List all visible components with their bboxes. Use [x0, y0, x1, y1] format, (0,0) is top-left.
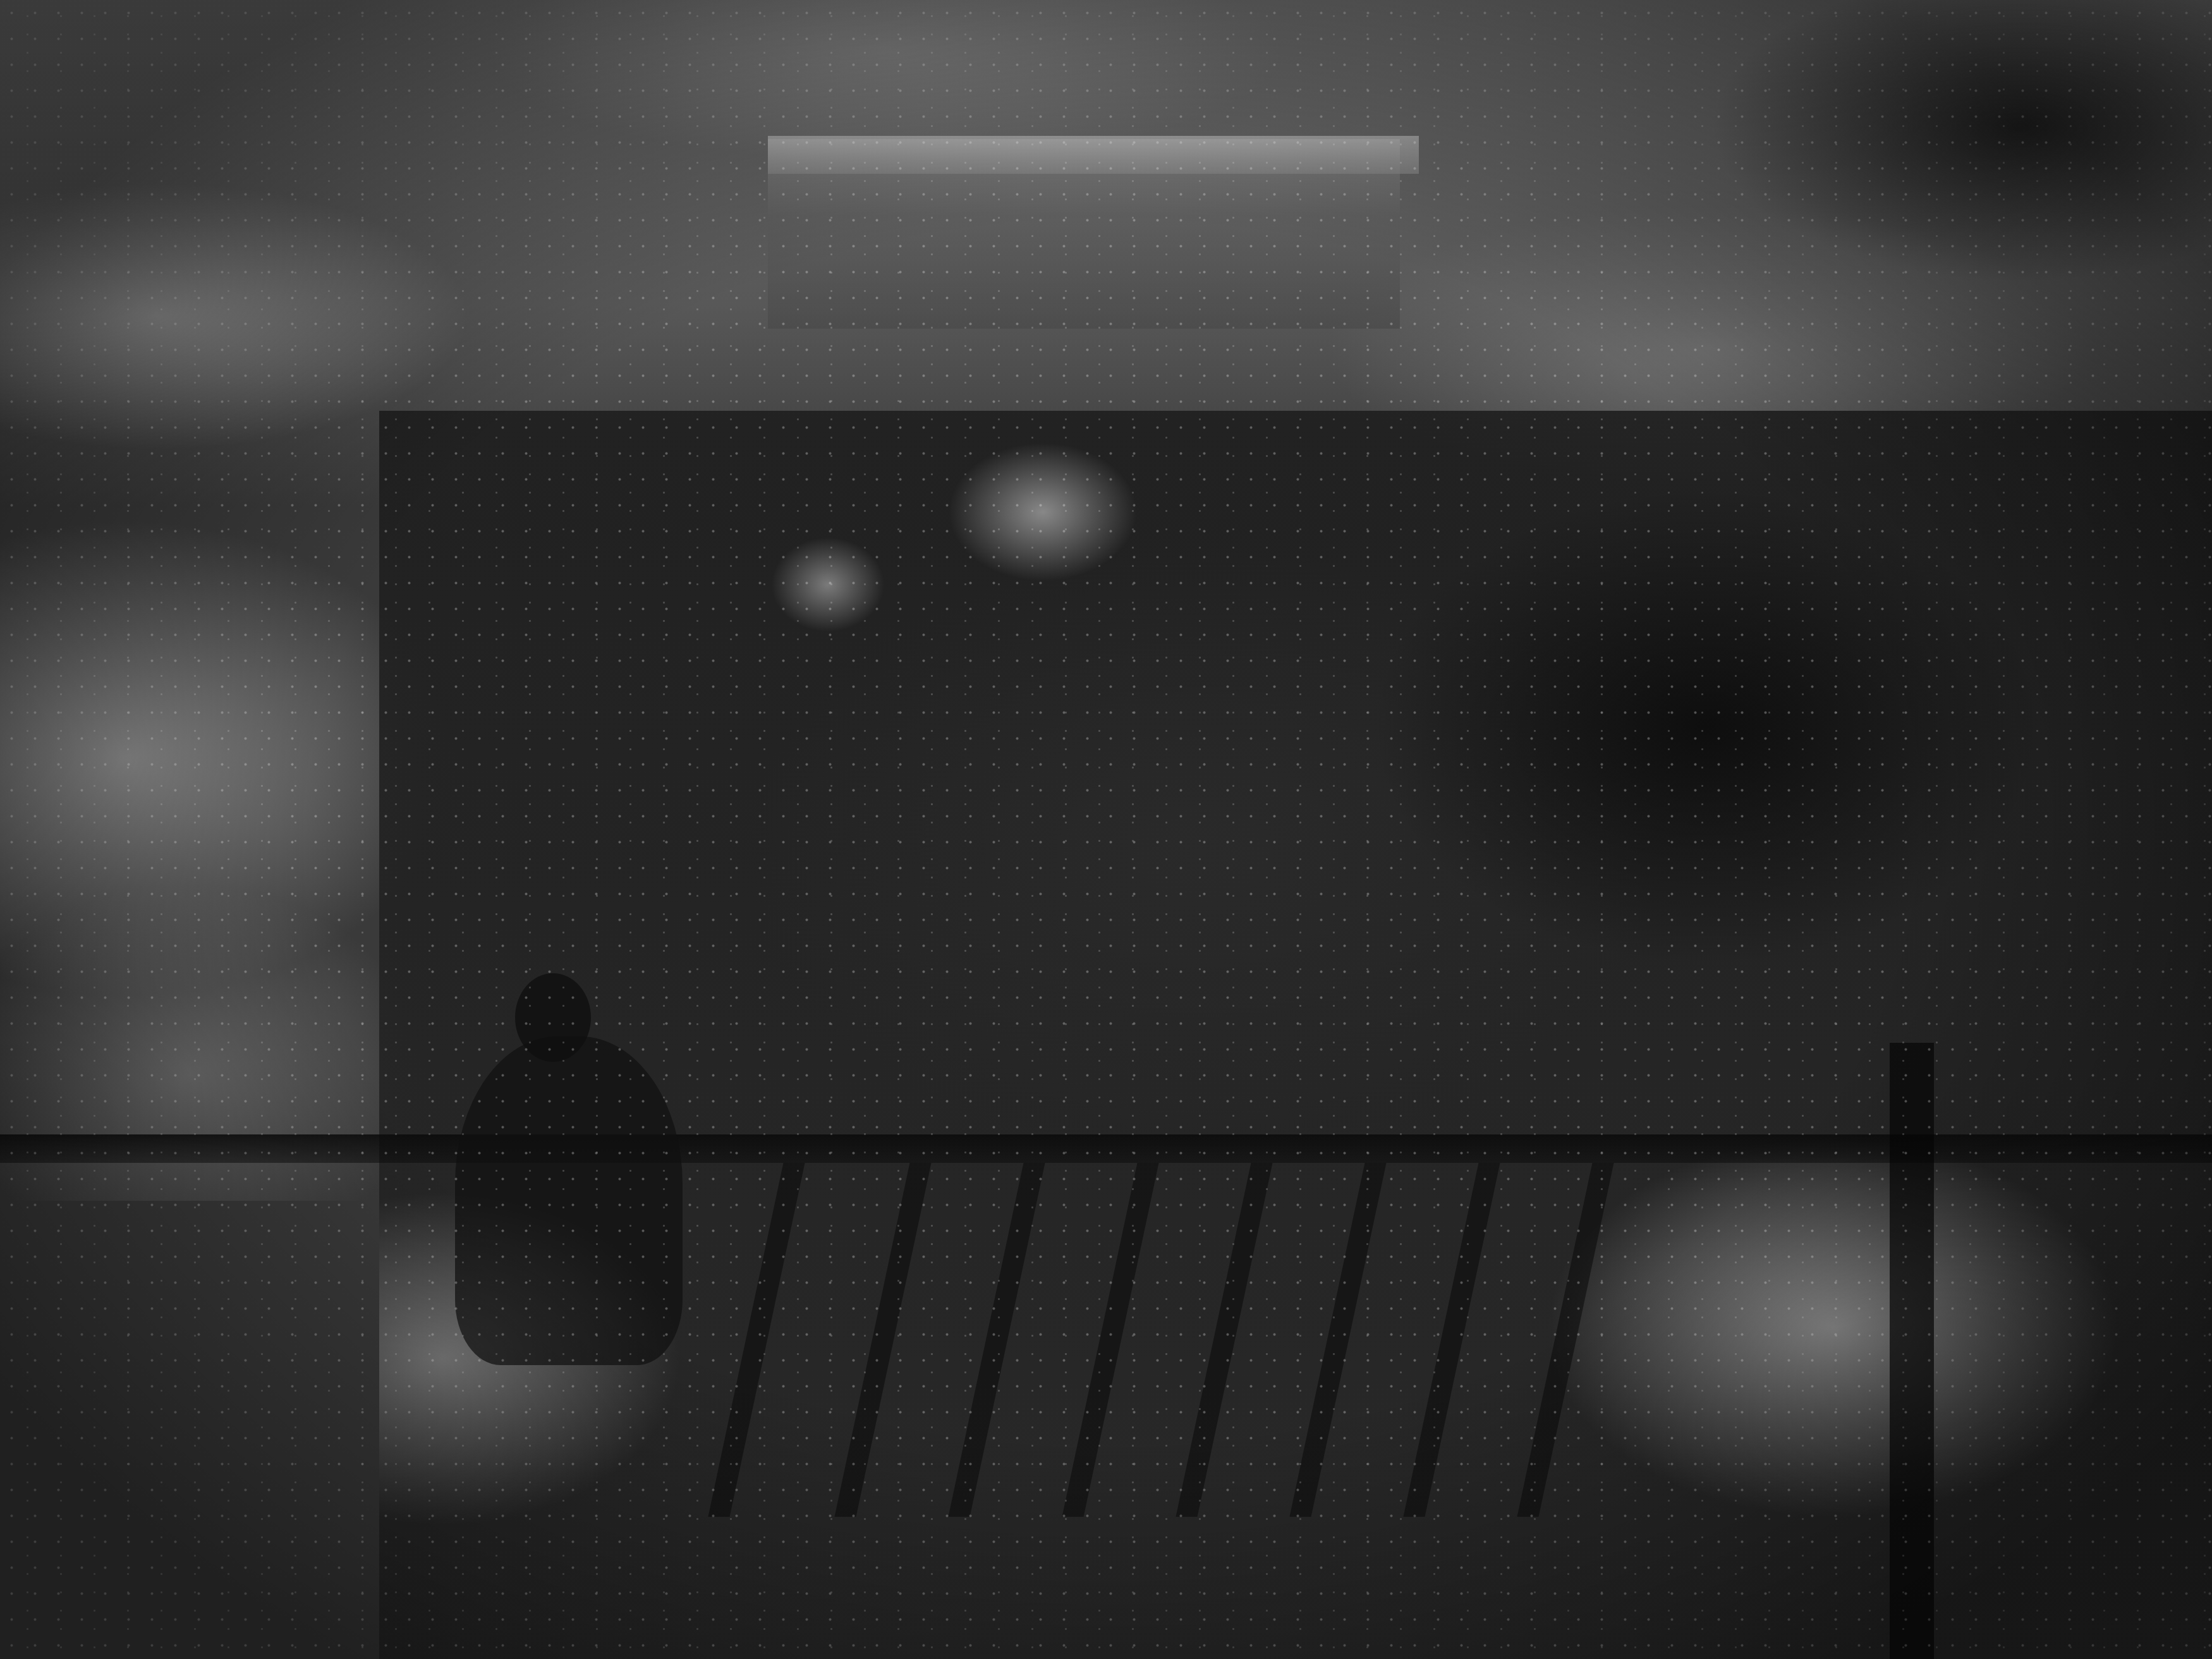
photograph — [0, 0, 2212, 1659]
vignette — [0, 0, 2212, 1659]
